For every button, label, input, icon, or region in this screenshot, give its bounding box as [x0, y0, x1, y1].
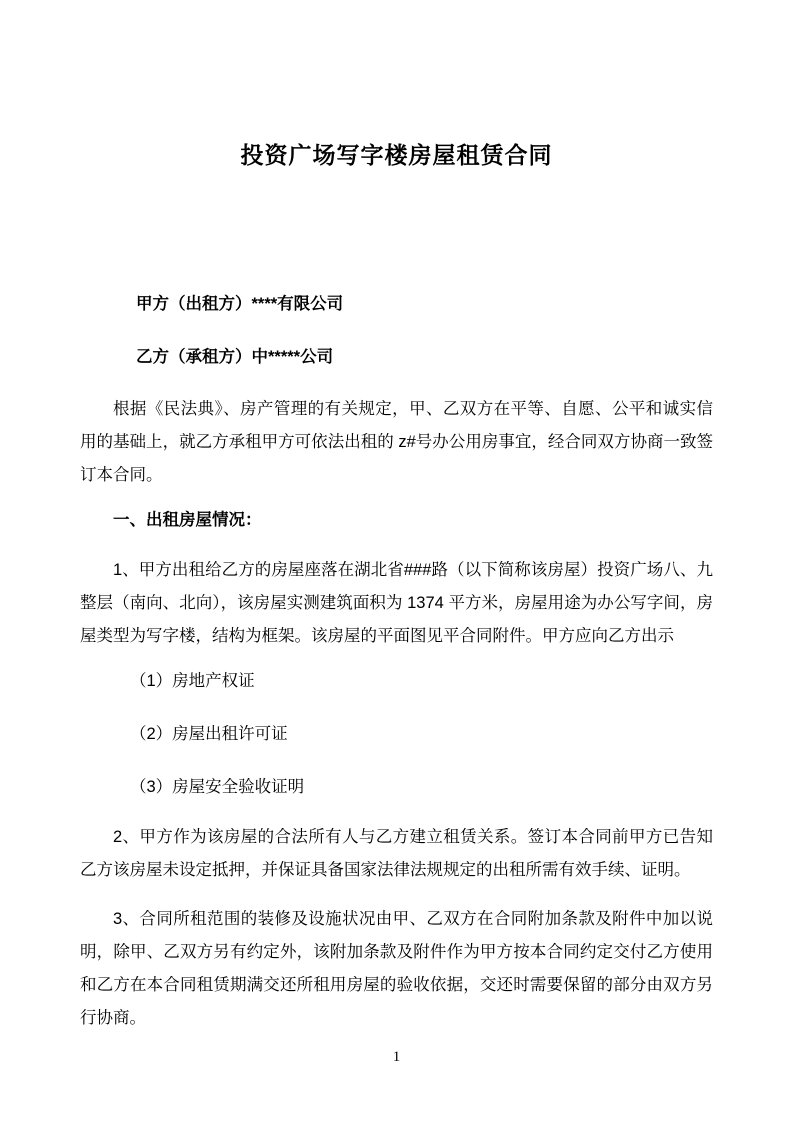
preamble-paragraph: 根据《民法典》、房产管理的有关规定，甲、乙双方在平等、自愿、公平和诚实信用的基础… — [80, 393, 713, 492]
document-page: 投资广场写字楼房屋租赁合同 甲方（出租方）****有限公司 乙方（承租方）中**… — [0, 0, 793, 1122]
party-b-line: 乙方（承租方）中*****公司 — [80, 341, 713, 374]
document-list-item: （1）房地产权证 — [80, 665, 713, 698]
document-title: 投资广场写字楼房屋租赁合同 — [80, 138, 713, 172]
clause-1-paragraph: 1、甲方出租给乙方的房屋座落在湖北省###路（以下简称该房屋）投资广场八、九整层… — [80, 554, 713, 653]
clause-3-paragraph: 3、合同所租范围的装修及设施状况由甲、乙双方在合同附加条款及附件中加以说明，除甲… — [80, 903, 713, 1035]
clause-2-paragraph: 2、甲方作为该房屋的合法所有人与乙方建立租赁关系。签订本合同前甲方已告知乙方该房… — [80, 821, 713, 887]
page-number: 1 — [0, 1046, 793, 1068]
section-1-heading: 一、出租房屋情况： — [80, 504, 713, 537]
document-list-item: （3）房屋安全验收证明 — [80, 771, 713, 804]
party-a-line: 甲方（出租方）****有限公司 — [80, 288, 713, 321]
document-list-item: （2）房屋出租许可证 — [80, 718, 713, 751]
document-body: 投资广场写字楼房屋租赁合同 甲方（出租方）****有限公司 乙方（承租方）中**… — [80, 0, 713, 1035]
